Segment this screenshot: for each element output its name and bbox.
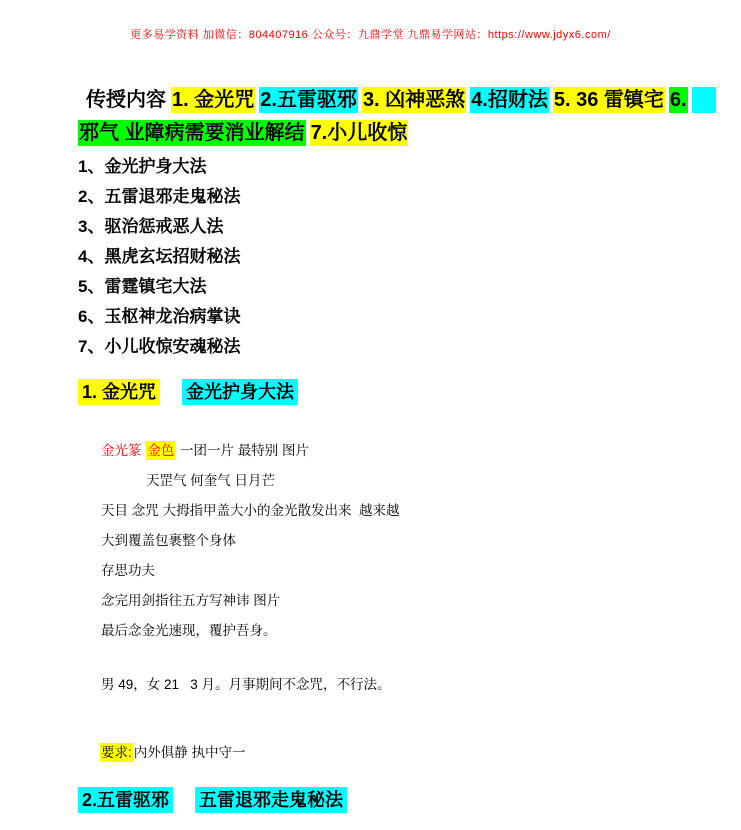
text-segment: 3. 凶神恶煞 [362,87,466,113]
section-1-title: 1. 金光咒金光护身大法 [78,378,298,404]
list-item: 7、小儿收惊安魂秘法 [78,332,240,362]
text-segment: 金色 [146,441,175,460]
text-segment: 大到覆盖包裹整个身体 [100,531,237,550]
body-line: 念完用剑指往五方写神讳 图片 [100,586,701,616]
text-segment: 五雷退邪走鬼秘法 [195,787,347,813]
list-item: 1、金光护身大法 [78,152,240,182]
text-segment: 要求: [100,743,133,762]
text-segment [692,87,716,113]
text-segment: 金光篆 [100,441,146,460]
text-segment: 男 49，女 21 3 月。月事期间不念咒，不行法。 [100,675,392,694]
text-segment: 6. [669,87,688,113]
text-segment: 内外俱静 执中守一 [133,743,247,762]
numbered-list: 1、金光护身大法2、五雷退邪走鬼秘法3、驱治惩戒恶人法4、黑虎玄坛招财秘法5、雷… [78,152,240,362]
intro-heading: 传授内容1. 金光咒2.五雷驱邪3. 凶神恶煞4.招财法5. 36 雷镇宅6. … [78,84,701,150]
intro-line-1: 传授内容1. 金光咒2.五雷驱邪3. 凶神恶煞4.招财法5. 36 雷镇宅6. [78,84,701,117]
body-line: 存思功夫 [100,556,701,586]
text-segment: 存思功夫 [100,561,156,580]
body-line-requirements: 要求:内外俱静 执中守一 [100,738,701,768]
body-line: 天目 念咒 大拇指甲盖大小的金光散发出来 越来越 [100,496,701,526]
list-item: 3、驱治惩戒恶人法 [78,212,240,242]
intro-line-2: 邪气 业障病需要消业解结7.小儿收惊 [78,117,701,150]
body-line: 天罡气 何奎气 日月芒 [100,466,701,496]
body-line: 男 49，女 21 3 月。月事期间不念咒，不行法。 [100,670,701,700]
text-segment: 传授内容 [85,87,167,113]
list-item: 2、五雷退邪走鬼秘法 [78,182,240,212]
page-header-text: 更多易学资料 加微信：804407916 公众号：九鼎学堂 九鼎易学网站：htt… [0,26,741,42]
section-2-title: 2.五雷驱邪五雷退邪走鬼秘法 [78,786,347,812]
text-segment: 2.五雷驱邪 [78,787,173,813]
text-segment: 天罡气 何奎气 日月芒 [145,471,276,490]
text-segment: 1. 金光咒 [171,87,255,113]
text-segment: 1. 金光咒 [78,379,160,405]
list-item: 5、雷霆镇宅大法 [78,272,240,302]
text-segment: 天目 念咒 大拇指甲盖大小的金光散发出来 越来越 [100,501,401,520]
text-segment: 2.五雷驱邪 [259,87,358,113]
text-segment: 一团一片 最特别 图片 [175,441,310,460]
document-page: 更多易学资料 加微信：804407916 公众号：九鼎学堂 九鼎易学网站：htt… [0,0,741,830]
body-text: 金光篆 金色 一团一片 最特别 图片 天罡气 何奎气 日月芒 天目 念咒 大拇指… [100,436,701,768]
text-segment: 4.招财法 [470,87,549,113]
list-item: 4、黑虎玄坛招财秘法 [78,242,240,272]
list-item: 6、玉枢神龙治病掌诀 [78,302,240,332]
text-segment: 最后念金光速现，覆护吾身。 [100,621,278,640]
body-line: 大到覆盖包裹整个身体 [100,526,701,556]
text-segment: 金光护身大法 [182,379,298,405]
text-segment: 5. 36 雷镇宅 [553,87,665,113]
body-line: 金光篆 金色 一团一片 最特别 图片 [100,436,701,466]
body-line: 最后念金光速现，覆护吾身。 [100,616,701,646]
text-segment: 邪气 业障病需要消业解结 [78,120,306,146]
text-segment: 念完用剑指往五方写神讳 图片 [100,591,281,610]
text-segment: 7.小儿收惊 [310,120,409,146]
